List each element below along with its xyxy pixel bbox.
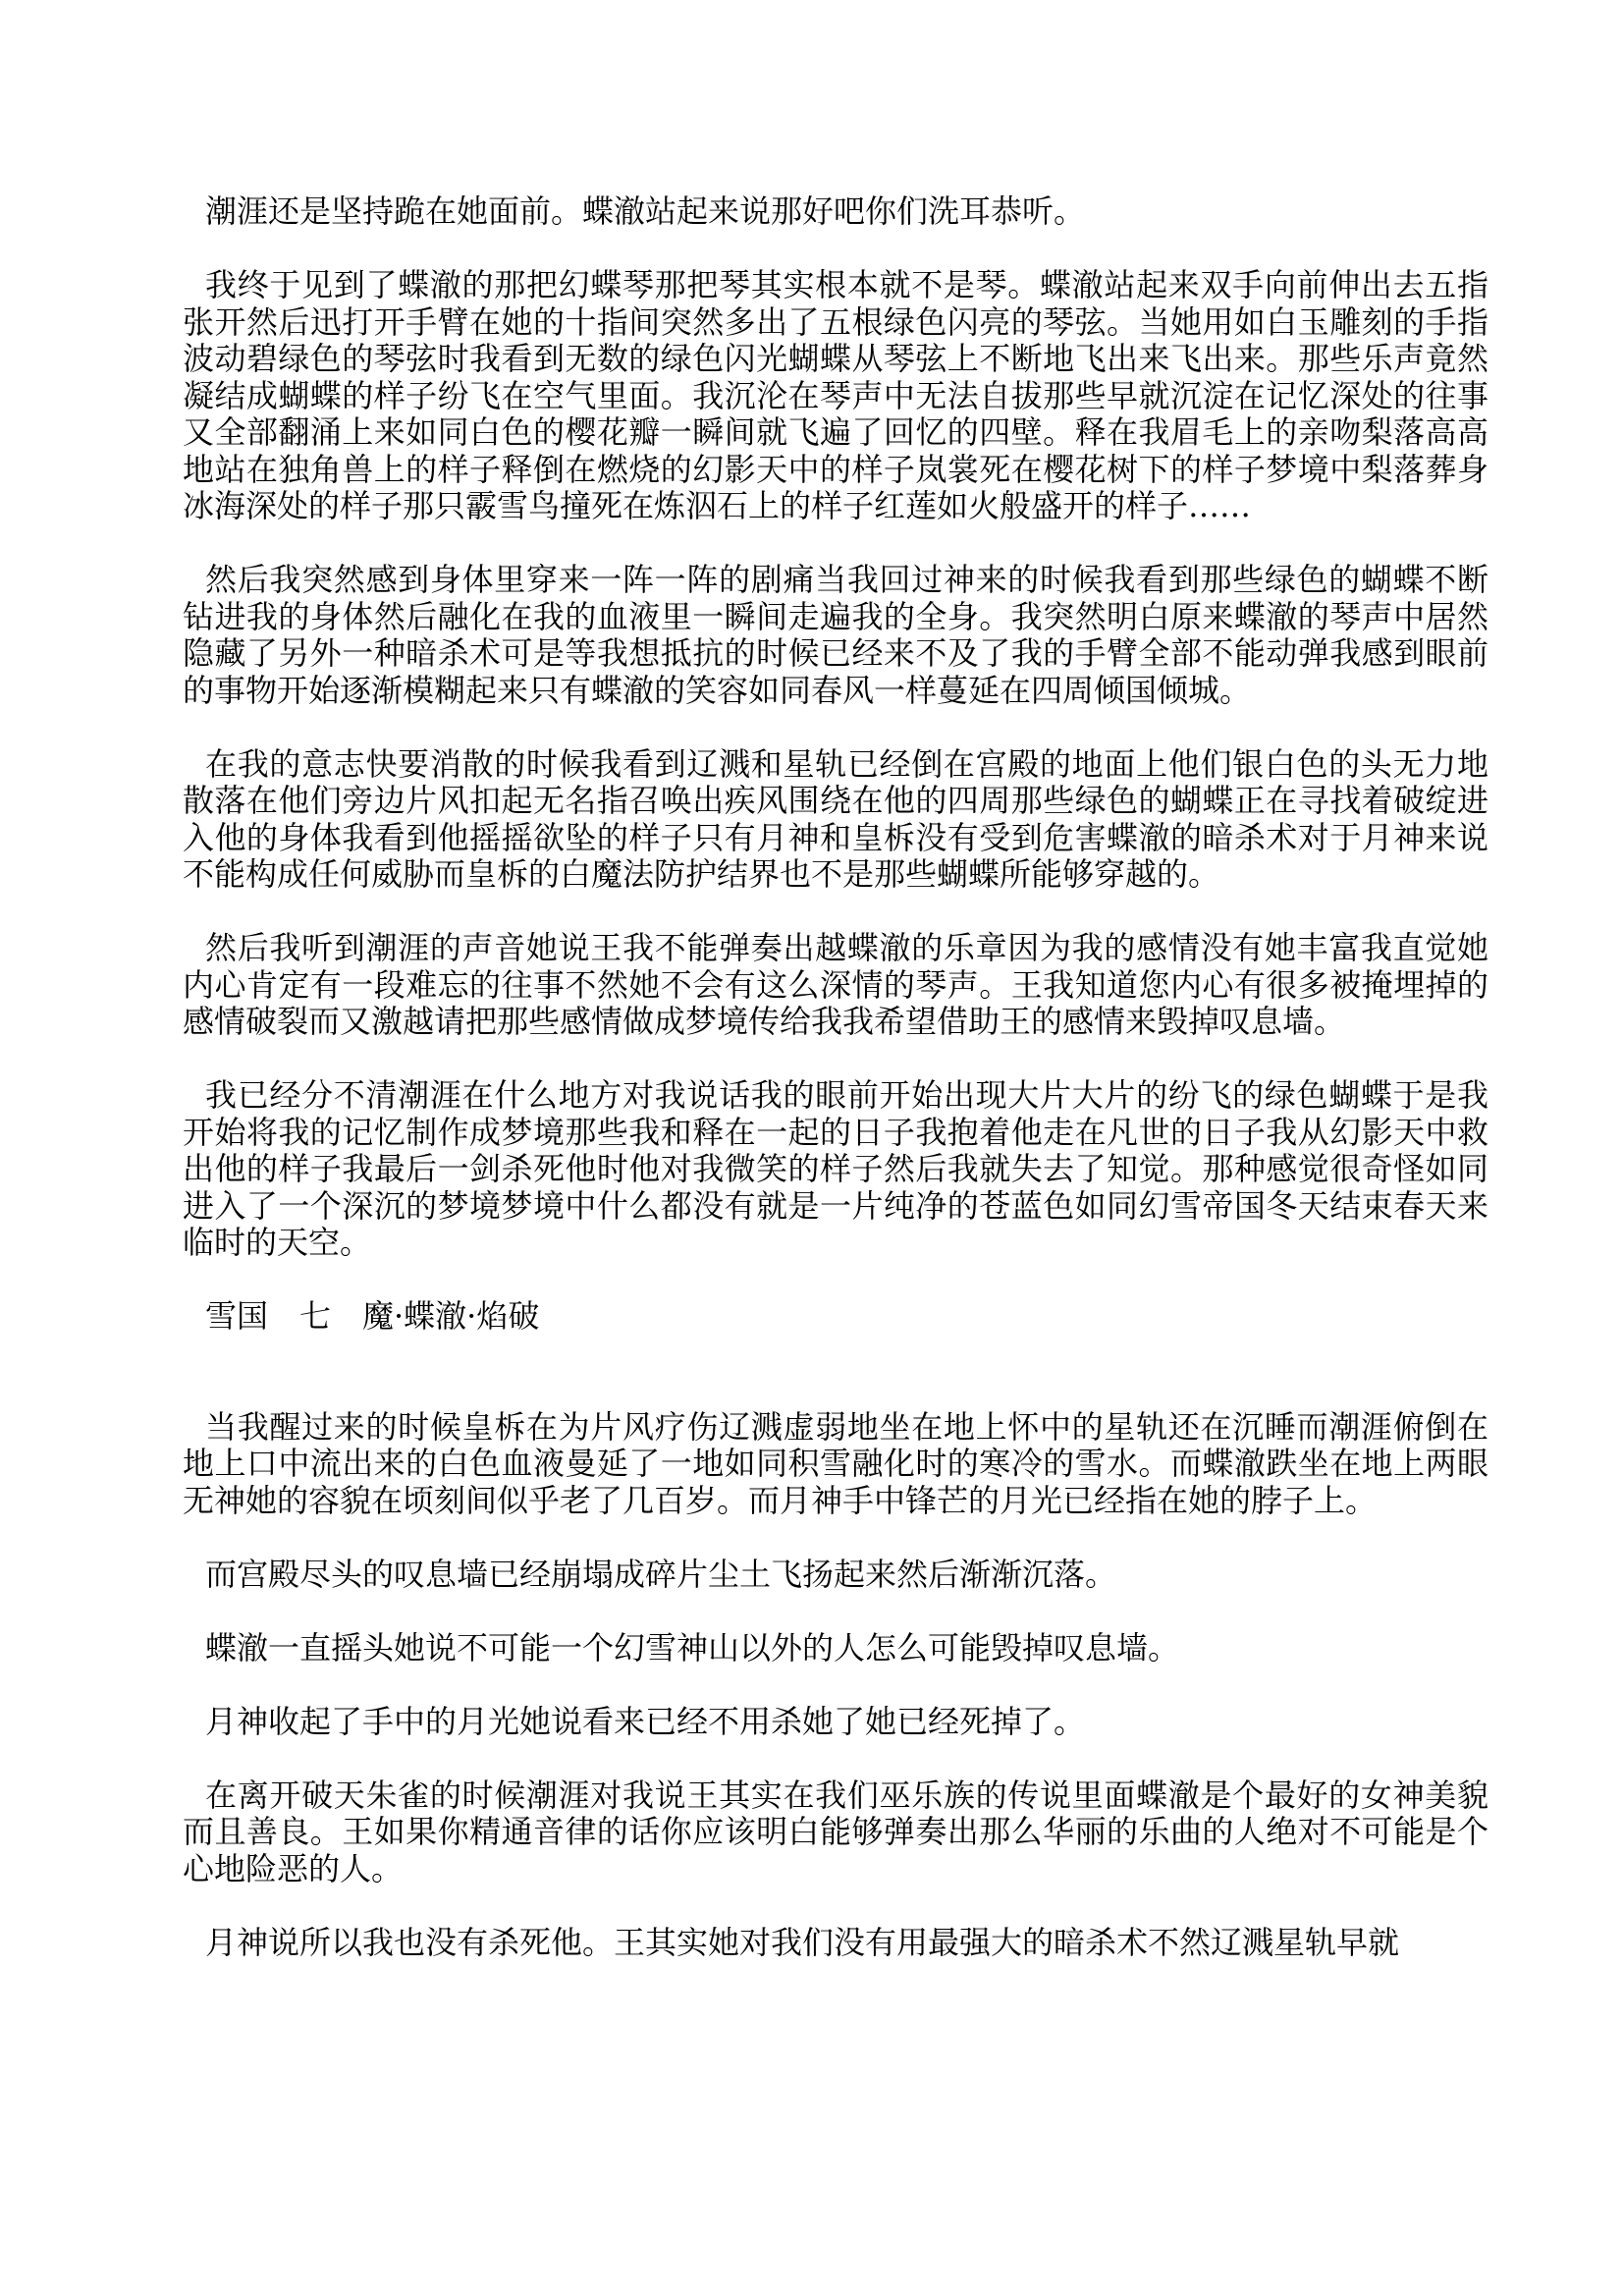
- paragraph: 我已经分不清潮涯在什么地方对我说话我的眼前开始出现大片大片的纷飞的绿色蝴蝶于是我…: [183, 1077, 1488, 1262]
- paragraph: 我终于见到了蝶澈的那把幻蝶琴那把琴其实根本就不是琴。蝶澈站起来双手向前伸出去五指…: [183, 267, 1488, 525]
- paragraph: 当我醒过来的时候皇柝在为片风疗伤辽溅虚弱地坐在地上怀中的星轨还在沉睡而潮涯俯倒在…: [183, 1409, 1488, 1520]
- paragraph: 蝶澈一直摇头她说不可能一个幻雪神山以外的人怎么可能毁掉叹息墙。: [183, 1630, 1488, 1667]
- paragraph: 然后我听到潮涯的声音她说王我不能弹奏出越蝶澈的乐章因为我的感情没有她丰富我直觉她…: [183, 930, 1488, 1041]
- paragraph: 而宫殿尽头的叹息墙已经崩塌成碎片尘土飞扬起来然后渐渐沉落。: [183, 1557, 1488, 1594]
- paragraph: 然后我突然感到身体里穿来一阵一阵的剧痛当我回过神来的时候我看到那些绿色的蝴蝶不断…: [183, 562, 1488, 709]
- document-page: 潮涯还是坚持跪在她面前。蝶澈站起来说那好吧你们洗耳恭听。 我终于见到了蝶澈的那把…: [183, 193, 1488, 1998]
- paragraph: 在离开破天朱雀的时候潮涯对我说王其实在我们巫乐族的传说里面蝶澈是个最好的女神美貌…: [183, 1777, 1488, 1888]
- paragraph: 月神收起了手中的月光她说看来已经不用杀她了她已经死掉了。: [183, 1704, 1488, 1741]
- paragraph: 潮涯还是坚持跪在她面前。蝶澈站起来说那好吧你们洗耳恭听。: [183, 193, 1488, 231]
- paragraph: 月神说所以我也没有杀死他。王其实她对我们没有用最强大的暗杀术不然辽溅星轨早就: [183, 1925, 1488, 1962]
- chapter-heading: 雪国 七 魔·蝶澈·焰破: [183, 1298, 1488, 1336]
- paragraph: 在我的意志快要消散的时候我看到辽溅和星轨已经倒在宫殿的地面上他们银白色的头无力地…: [183, 746, 1488, 894]
